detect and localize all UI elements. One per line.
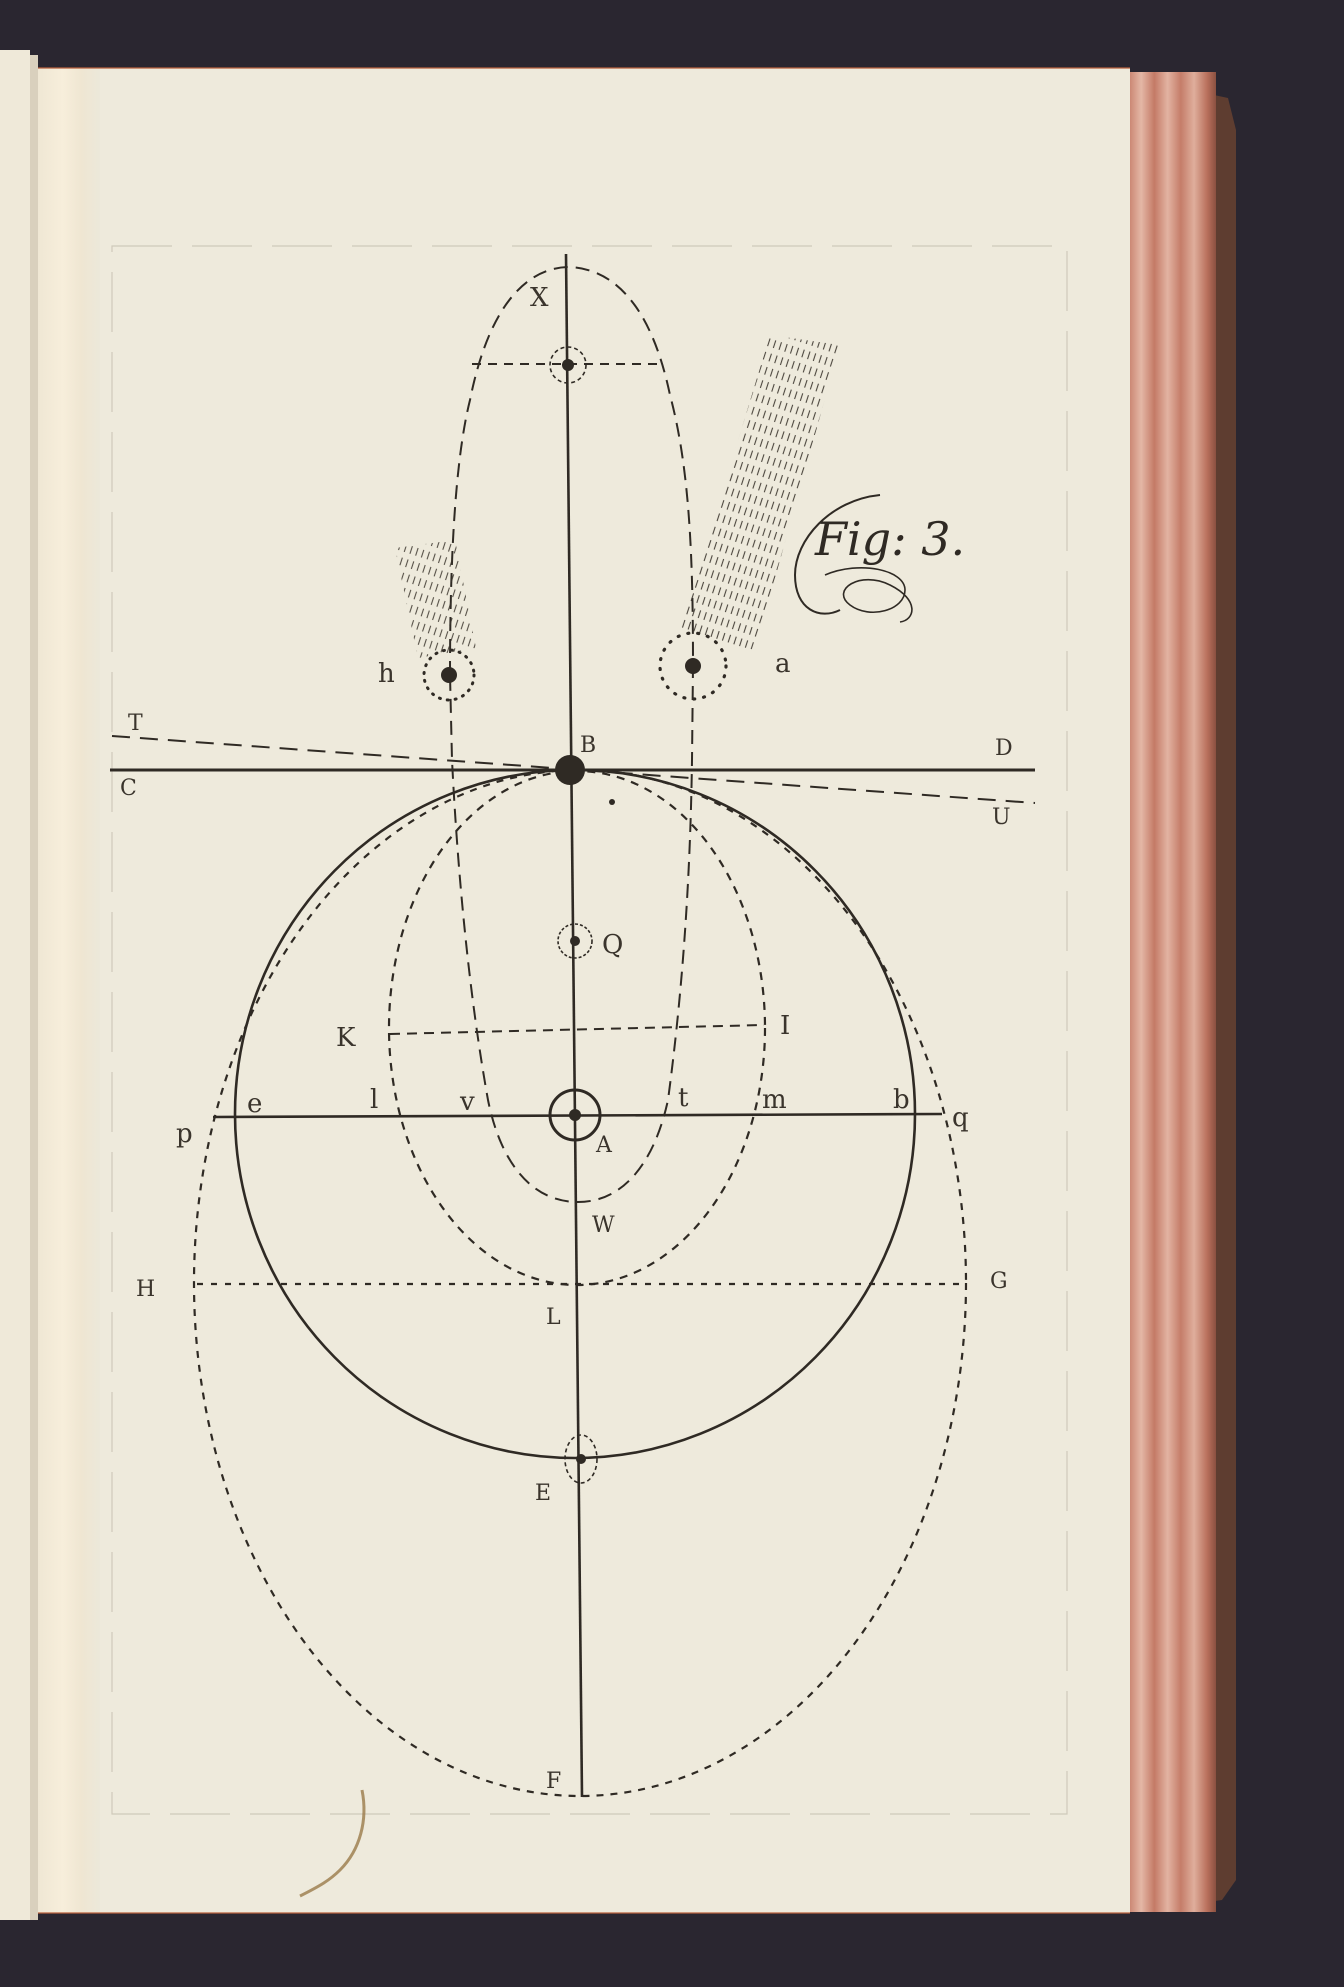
label-L: L: [546, 1305, 561, 1330]
label-I: I: [780, 1011, 790, 1041]
page: [38, 68, 1130, 1913]
label-K: K: [336, 1023, 356, 1053]
label-a: a: [775, 649, 791, 679]
comet-a-nucleus: [685, 658, 701, 674]
label-q: q: [952, 1103, 969, 1133]
label-A: A: [595, 1133, 613, 1158]
label-F: F: [546, 1769, 561, 1794]
label-h: h: [378, 659, 395, 689]
label-D: D: [995, 736, 1013, 761]
figure-plate: Fig: 3. X B Q K I A W L E F H G T C D U …: [0, 0, 1344, 1987]
label-E: E: [535, 1481, 551, 1506]
label-m: m: [762, 1085, 787, 1115]
label-C: C: [120, 776, 137, 801]
label-e: e: [247, 1089, 262, 1119]
label-U: U: [992, 805, 1011, 830]
label-W: W: [592, 1213, 615, 1238]
label-t: t: [678, 1083, 689, 1113]
label-l: l: [370, 1085, 378, 1115]
body-B: [555, 755, 585, 785]
label-b: b: [893, 1085, 910, 1115]
body-A-dot: [569, 1109, 581, 1121]
left-page-edge: [0, 50, 30, 1920]
focus-top-dot: [562, 359, 574, 371]
label-p: p: [176, 1119, 193, 1149]
label-G: G: [990, 1269, 1008, 1294]
label-H: H: [136, 1277, 155, 1302]
label-Q: Q: [602, 930, 623, 960]
fore-edge: [1128, 72, 1216, 1912]
book-scan: Fig: 3. X B Q K I A W L E F H G T C D U …: [0, 0, 1344, 1987]
label-v: v: [459, 1087, 475, 1117]
body-Q-dot: [570, 936, 580, 946]
figure-label: Fig: 3.: [814, 512, 965, 566]
label-X: X: [530, 283, 549, 313]
comet-h-nucleus: [441, 667, 457, 683]
page-fold: [38, 68, 100, 1913]
label-B: B: [580, 733, 596, 758]
body-E-dot: [576, 1454, 586, 1464]
label-T: T: [128, 711, 143, 736]
